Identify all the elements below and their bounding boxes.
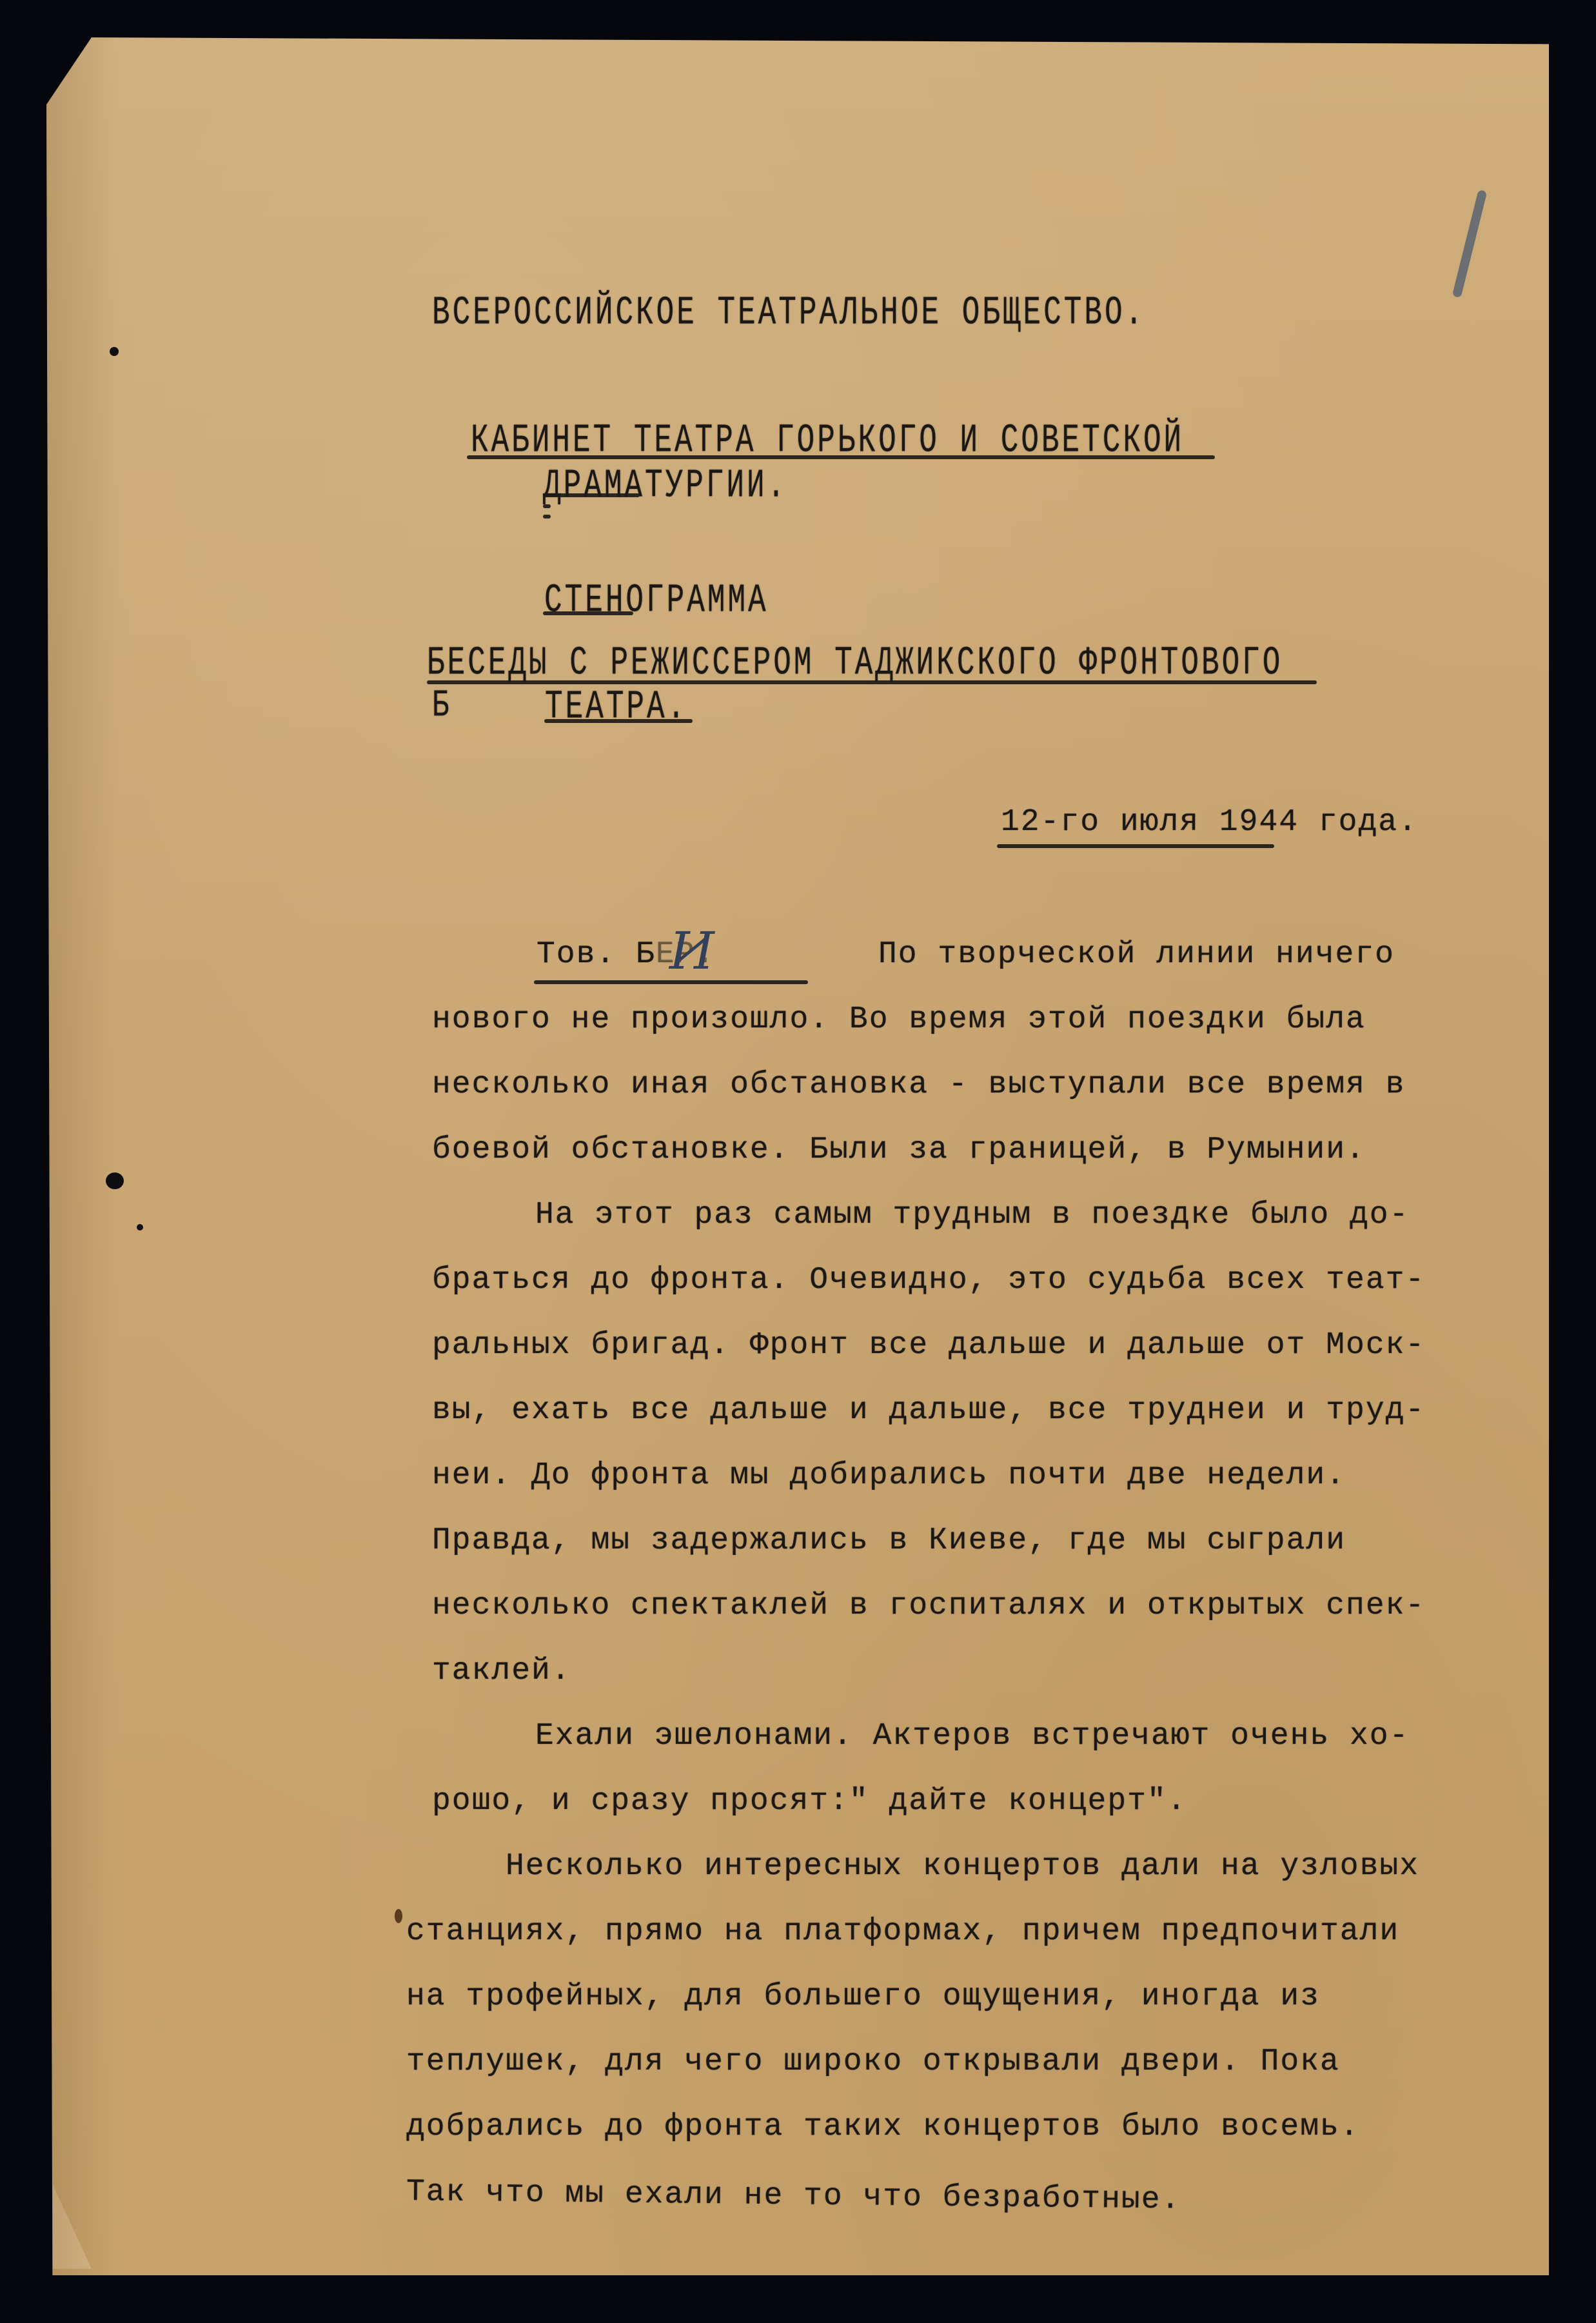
- text-line: Ехали эшелонами. Актеров встречают очень…: [535, 1719, 1409, 1754]
- date-underline: [997, 844, 1274, 848]
- text-line: Несколько интересных концертов дали на у…: [506, 1849, 1419, 1884]
- text-line: на трофейных, для большего ощущения, ино…: [406, 1979, 1320, 2014]
- speaker-label-start: Тов. Б: [537, 937, 656, 972]
- text-line: По творческой линии ничего: [878, 937, 1395, 972]
- binding-hole: [110, 347, 119, 356]
- text-line: станциях, прямо на платформах, причем пр…: [406, 1914, 1399, 1949]
- organization-heading: ВСЕРОССИЙСКОЕ ТЕАТРАЛЬНОЕ ОБЩЕСТВО.: [432, 290, 1145, 335]
- doc-type-heading: СТЕНОГРАММА: [544, 578, 769, 623]
- department-heading-line2: ДРАМАТУРГИИ.: [543, 463, 787, 508]
- text-line: ральных бригад. Фронт все дальше и дальш…: [432, 1328, 1425, 1363]
- binding-hole: [137, 1224, 143, 1231]
- text-line: боевой обстановке. Были за границей, в Р…: [432, 1132, 1366, 1167]
- subject-underline-2: [544, 719, 693, 723]
- text-line: несколько спектаклей в госпиталях и откр…: [432, 1588, 1425, 1623]
- binding-hole: [106, 1172, 124, 1189]
- equals-mark-1: [543, 504, 551, 508]
- subject-heading-line1: БЕСЕДЫ С РЕЖИССЕРОМ ТАДЖИКСКОГО ФРОНТОВО…: [427, 640, 1283, 686]
- text-line: рошо, и сразу просят:" дайте концерт".: [432, 1784, 1187, 1819]
- text-line: таклей.: [432, 1654, 571, 1688]
- text-line: Правда, мы задержались в Киеве, где мы с…: [432, 1523, 1346, 1558]
- document-date: 12-го июля 1944 года.: [1001, 805, 1418, 840]
- handwritten-correction: И: [669, 921, 714, 981]
- subject-margin-correction: Б: [432, 684, 451, 728]
- document-page: ВСЕРОССИЙСКОЕ ТЕАТРАЛЬНОЕ ОБЩЕСТВО. КАБИ…: [46, 37, 1549, 2275]
- text-line: нового не произошло. Во время этой поезд…: [432, 1002, 1366, 1037]
- text-line: браться до фронта. Очевидно, это судьба …: [432, 1263, 1425, 1298]
- equals-mark-2: [543, 515, 551, 519]
- department-underline-2: [543, 493, 640, 497]
- doc-type-underline: [543, 611, 633, 615]
- text-line: вы, ехать все дальше и дальше, все трудн…: [432, 1393, 1425, 1428]
- folded-corner: [53, 2185, 92, 2269]
- text-line: неи. До фронта мы добирались почти две н…: [432, 1458, 1346, 1493]
- text-line: добрались до фронта таких концертов было…: [406, 2110, 1360, 2144]
- paper-stain: [395, 1909, 402, 1923]
- text-line: На этот раз самым трудным в поездке было…: [535, 1198, 1409, 1232]
- text-line: теплушек, для чего широко открывали двер…: [406, 2044, 1340, 2079]
- speaker-underline: [534, 980, 808, 984]
- page-number-pencil-mark: [1452, 190, 1488, 298]
- text-line: несколько иная обстановка - выступали вс…: [432, 1067, 1405, 1102]
- department-underline: [467, 455, 1215, 459]
- text-line: Так что мы ехали не то что безработные.: [406, 2175, 1181, 2218]
